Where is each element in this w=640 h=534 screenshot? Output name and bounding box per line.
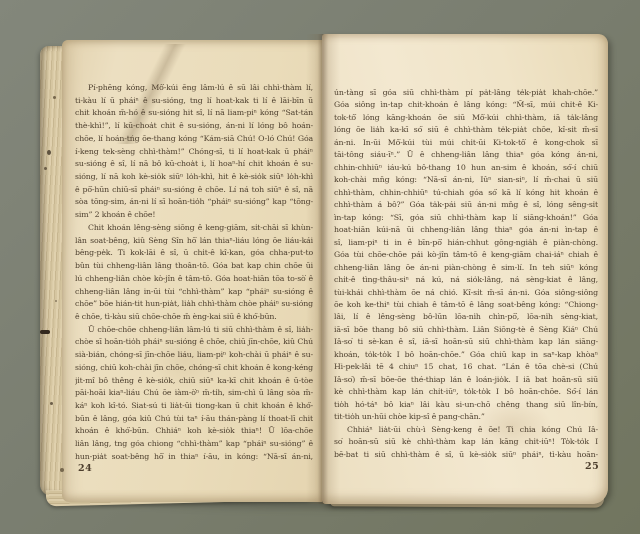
text-line: káⁿ koh kî-tó. Siat-sú ti lia̍t-ūi tiong… bbox=[75, 400, 313, 413]
text-line: hun-pia̍t soat-bêng hō͘ in thiaⁿ í-āu, i… bbox=[75, 451, 313, 464]
text-line: Iâ-so͘ ti sè-kan ê sî, iā-sī hoān-sū siū… bbox=[334, 336, 598, 348]
foxing-speck bbox=[55, 300, 57, 302]
photo-background: Pí-phēng kóng, Mô͘-kúi ēng lâm-lú ê sū l… bbox=[0, 0, 640, 534]
text-line: lú chheng-liân chòe kò-jîn ê tâm-tō. Góa… bbox=[75, 273, 313, 286]
foxing-speck bbox=[50, 402, 53, 405]
text-line: Pí-phēng kóng, Mô͘-kúi ēng lâm-lú ê sū l… bbox=[75, 82, 313, 95]
text-line: sióng, chiū koh-chài jīn chōe, chóng-sī … bbox=[75, 362, 313, 375]
foxing-speck bbox=[44, 167, 47, 170]
text-line: so͘ hoān-sū siū kè chhì-thàm kap lán kān… bbox=[334, 436, 598, 448]
text-line: būn ê lâng, góa kiû Chú tùi taⁿ í-āu thá… bbox=[75, 413, 313, 426]
right-page-text: ún-tàng sī góa siū chhì-thàm pí pa̍t-lân… bbox=[334, 87, 598, 461]
text-line: sòa tōng-sim, án-ni lí sī hoān-tio̍h “ph… bbox=[75, 196, 313, 209]
left-page-number: 24 bbox=[78, 463, 92, 474]
text-line: kè chhì-thàm kap lán chi̍t-iūⁿ, to̍k-to̍… bbox=[334, 386, 598, 398]
text-line: chit khoán m̄-hó ê su-sióng hit sî, lí n… bbox=[75, 107, 313, 120]
foxing-speck bbox=[47, 150, 51, 155]
left-page-text: Pí-phēng kóng, Mô͘-kúi ēng lâm-lú ê sū l… bbox=[75, 82, 313, 464]
text-line: lâi, lí ê lêng-sèng bô-lūn lōa-ni̍h chìn… bbox=[334, 311, 598, 323]
text-line: lân soat-bêng, kiû Sèng Sîn hō͘ lán thia… bbox=[75, 235, 313, 248]
text-line: Hi-pek-lâi tē 4 chiuⁿ 15 chat, 16 chat. … bbox=[334, 361, 598, 373]
foxing-speck bbox=[53, 96, 56, 99]
text-line: iā-sī bōe thang bô siū chhì-thàm. Liân S… bbox=[334, 324, 598, 336]
text-line: chhin-chhiūⁿ iáu-kú bô-thang 10 hun an-s… bbox=[334, 162, 598, 174]
text-line: sià-bián, chóng-sī jīn-chōe liáu, liam-p… bbox=[75, 349, 313, 362]
text-line: khoán, to̍k-to̍k I bô hoān-chōe.” Góa ch… bbox=[334, 349, 598, 361]
text-line: Góa tùi chōe-chōe pái kò-jîn tâm-tō ê ke… bbox=[334, 249, 598, 261]
text-line: chheng-liân lâng ōe án-ni piàn-chòng ê s… bbox=[334, 262, 598, 274]
right-page-number: 25 bbox=[585, 461, 599, 472]
text-line: tio̍h hó-táⁿ bô kiaⁿ lâi kàu si-un-chō c… bbox=[334, 399, 598, 411]
text-line: tok-tô͘ lóng kāng-khoán ōe siū Mô͘-kúi c… bbox=[334, 112, 598, 124]
text-line: bē-bat ti siū chhì-thàm ê sî, ū kè-sio̍k… bbox=[334, 449, 598, 461]
text-line: thè-khì!”, lí kū-choa̍t chit ê su-sióng,… bbox=[75, 120, 313, 133]
foxing-speck bbox=[60, 468, 64, 472]
text-line: sióng, lí nā koh kè-sio̍k siūⁿ lo̍h-khì,… bbox=[75, 171, 313, 184]
text-line: ìn-tap kóng: “Sī, góa siū chhì-thàm kap … bbox=[334, 212, 598, 224]
text-line: sim” 2 khoán ê chōe! bbox=[75, 209, 313, 222]
text-line: chi̍t-ê tìng-thâu-siⁿ ná kú, ná sio̍k-lâ… bbox=[334, 274, 598, 286]
text-line: Ū chōe-chōe chheng-liân lâm-lú ti siū ch… bbox=[75, 324, 313, 337]
text-line: ōe koh ke-thiⁿ tùi chiah ê tâm-tō ê lâng… bbox=[334, 299, 598, 311]
text-line: tit-tio̍h un-hūi chòe kip-sî ê pang-chān… bbox=[334, 411, 598, 423]
text-line: chōe, lí hoán-tńg ōe-thang kóng “Kám-siā… bbox=[75, 133, 313, 146]
text-line: koh-chài mn̄g kóng: “Nā-sī án-ni, Iûⁿ si… bbox=[334, 174, 598, 186]
text-line: chōe” bōe hián-tit hun-pia̍t, lia̍h chhì… bbox=[75, 298, 313, 311]
text-line: chòe sī hoān-tio̍h pháiⁿ su-sióng ê chōe… bbox=[75, 336, 313, 349]
text-line: Chhiáⁿ lia̍t-ūi chù-ì Sèng-keng ê ōe! Ti… bbox=[334, 424, 598, 436]
text-line: ún-tàng sī góa siū chhì-thàm pí pa̍t-lân… bbox=[334, 87, 598, 99]
text-line: Iâ-so͘) m̄-sī bōe-ōe thé-thiap lán ê loá… bbox=[334, 374, 598, 386]
text-line: chheng-liân lâng in-ūi tùi “chhì-thàm” k… bbox=[75, 286, 313, 299]
text-line: khoán ê khó͘-būn. Chhiáⁿ koh kè-sio̍k th… bbox=[75, 425, 313, 438]
text-line: Chit khoán lêng-sèng siōng ê keng-giām, … bbox=[75, 222, 313, 235]
text-line: ji̍t-mî bô thêng ê kè-sio̍k, chiū siūⁿ k… bbox=[75, 375, 313, 388]
text-line: ti-kàu lí ū pháiⁿ ê su-sióng, tng lí hoa… bbox=[75, 95, 313, 108]
foxing-speck bbox=[40, 330, 50, 334]
text-line: tāi-tông siáu-īⁿ.” Ū ê chheng-liân lâng … bbox=[334, 149, 598, 161]
text-line: tùi-khái chhì-thàm ōe ná chió. Kî-si̍t m… bbox=[334, 287, 598, 299]
text-line: chhì-thàm á bô?” Góa ta̍k-pái siū án-ni … bbox=[334, 199, 598, 211]
text-line: sî, liam-piⁿ ti in ê bīn-pō͘ hián-chhut … bbox=[334, 237, 598, 249]
text-line: Góa siông ìn-tap chit-khoán ê lâng kóng:… bbox=[334, 99, 598, 111]
text-line: í-keng tek-sèng chhì-thàm!” Chóng-sī, ti… bbox=[75, 146, 313, 159]
text-line: liân lâng, tng góa chiong “chhì-thàm” ka… bbox=[75, 438, 313, 451]
text-line: bêng-pe̍k. Ti kok-lāi ê sî, ū chi̍t-ê kî… bbox=[75, 247, 313, 260]
text-line: su-sióng ê sî, lí nā bô kū-choa̍t i, lí … bbox=[75, 158, 313, 171]
text-line: bûn tùi chheng-liân lâng thoân-tō. Góa b… bbox=[75, 260, 313, 273]
text-line: pāi-hoāi kiaⁿ-liáu Chú ōe iàm-ò͘ⁿ m̄-ti̍… bbox=[75, 387, 313, 400]
text-line: ê pō͘-hūn chiū-sī pháiⁿ su-sióng ê chōe.… bbox=[75, 184, 313, 197]
text-line: chhì-thàm, chhin-chhiūⁿ tú-chiah góa só͘… bbox=[334, 187, 598, 199]
text-line: ê chōe, tì-kàu siū chōe-chōe m̄ èng-kai … bbox=[75, 311, 313, 324]
text-line: lóng ōe lia̍h ka-kī só͘ siū ê chhì-thàm … bbox=[334, 124, 598, 136]
text-line: hoat-hiān kúi-nā ūi chheng-liân lâng thi… bbox=[334, 224, 598, 236]
text-line: án-ni. In-ūi Mô͘-kúi tùi múi chi̍t-ūi Ki… bbox=[334, 137, 598, 149]
